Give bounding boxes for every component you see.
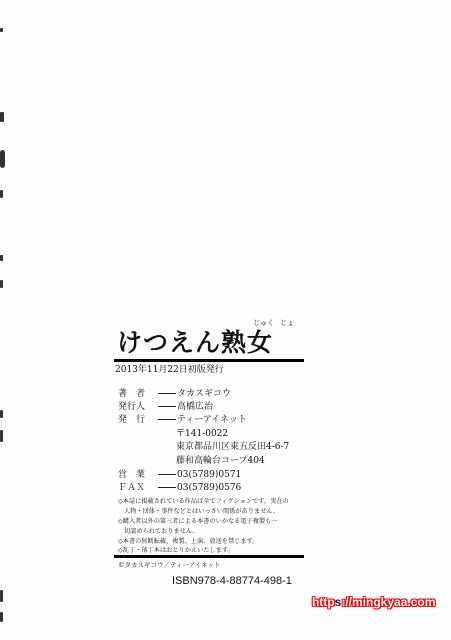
address-line-2: 藤和高輪台コープ404 [176,455,265,467]
note-line: 切認められておりません。 [124,527,199,537]
credit-label: 発 行 [118,414,158,426]
scan-edge-mark [0,590,3,602]
credit-value: 高橋広治 [177,402,213,412]
contact-label: ＦＡＸ [118,482,158,494]
watermark-part: ://mingkyaa.com [341,595,435,609]
dash [158,419,176,420]
credit-publisher: 発 行ティーアイネット [118,414,247,426]
title-ruby-jo: じょ [280,318,294,328]
watermark-url: https://mingkyaa.com [312,595,435,609]
title-ruby-juku: じゅく [253,318,274,328]
contact-value: 03(5789)0576 [177,483,241,493]
dash [158,393,176,394]
scan-edge-mark [0,150,5,168]
dash [158,474,176,475]
credit-label: 著 者 [118,388,158,400]
credit-author: 著 者タカスギコウ [118,388,231,400]
scan-edge-mark [0,190,3,198]
note-line: ◇本誌に掲載されている作品は全てフィクションです。実在の [118,497,289,507]
dash [158,406,176,407]
scan-edge-mark [0,280,3,288]
scan-edge-mark [0,410,3,418]
scan-edge-mark [0,28,3,32]
watermark-part: http [312,595,335,609]
scan-edge-mark [0,612,3,622]
contact-fax: ＦＡＸ03(5789)0576 [118,482,241,494]
credit-value: ティーアイネット [177,415,247,425]
contact-label: 営 業 [118,469,158,481]
scan-edge-mark [0,255,3,261]
contact-value: 03(5789)0571 [177,470,241,480]
credit-publisher-person: 発行人高橋広治 [118,401,213,413]
note-line: ◇購入者以外の第三者による本書のいかなる電子複製も一 [118,517,277,527]
contact-sales: 営 業03(5789)0571 [118,469,241,481]
credit-value: タカスギコウ [177,389,231,399]
copyright: ©タカスギコウ／ティーアイネット [118,560,221,569]
edition-date: 2013年11月22日初版発行 [115,362,224,375]
scan-edge-mark [0,430,3,442]
scan-edge-mark [0,112,4,122]
postal-code: 〒141-0022 [176,428,228,440]
book-title: けつえん熟女 [117,330,273,355]
isbn: ISBN978-4-88774-498-1 [172,575,292,587]
credit-label: 発行人 [118,401,158,413]
address-line-1: 東京都品川区東五反田4-6-7 [176,441,289,453]
footer-rule [114,555,304,558]
dash [158,487,176,488]
note-line: 人物・団体・事件などとはいっさい関係がありません。 [124,507,279,517]
